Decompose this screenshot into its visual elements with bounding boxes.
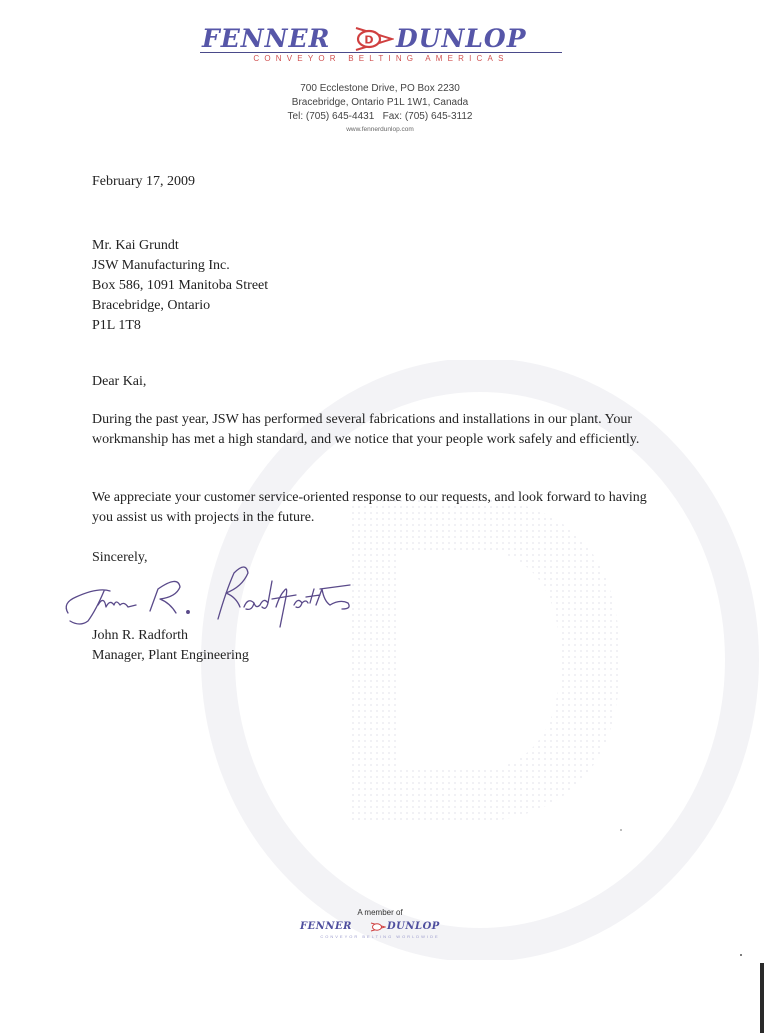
footer-dunlop-emblem-icon — [370, 922, 386, 932]
logo-word-fenner: FENNER — [202, 24, 330, 54]
recipient-city: Bracebridge, Ontario — [92, 296, 210, 316]
watermark-logo-icon — [200, 360, 760, 960]
salutation: Dear Kai, — [92, 372, 146, 392]
phone-fax-line: Tel: (705) 645-4431 Fax: (705) 645-3112 — [230, 110, 530, 124]
company-address-block: 700 Ecclestone Drive, PO Box 2230 Braceb… — [230, 82, 530, 136]
footer-word-dunlop: DUNLOP — [387, 920, 440, 934]
member-of-text: A member of — [290, 908, 470, 918]
recipient-company: JSW Manufacturing Inc. — [92, 256, 230, 276]
logo-underline — [200, 52, 562, 53]
body-paragraph-1: During the past year, JSW has performed … — [92, 410, 682, 450]
signer-name: John R. Radforth — [92, 626, 188, 646]
body-paragraph-2: We appreciate your customer service-orie… — [92, 488, 652, 528]
scan-speck — [620, 829, 622, 831]
logo-word-dunlop: DUNLOP — [396, 24, 527, 54]
recipient-postal-code: P1L 1T8 — [92, 316, 141, 336]
scan-speck — [740, 954, 742, 956]
handwritten-signature — [58, 555, 368, 630]
recipient-name: Mr. Kai Grundt — [92, 236, 179, 256]
signer-title: Manager, Plant Engineering — [92, 646, 249, 666]
letter-date: February 17, 2009 — [92, 172, 195, 192]
address-line-2: Bracebridge, Ontario P1L 1W1, Canada — [230, 96, 530, 110]
dunlop-d-emblem-icon: D — [352, 26, 394, 52]
footer-tagline: CONVEYOR BELTING WORLDWIDE — [290, 934, 470, 940]
website-link[interactable]: www.fennerdunlop.com — [230, 124, 530, 136]
logo-tagline: CONVEYOR BELTING AMERICAS — [200, 54, 562, 64]
footer-member-logo: A member of FENNER DUNLOP CONVEYOR BELTI… — [290, 908, 470, 940]
recipient-street: Box 586, 1091 Manitoba Street — [92, 276, 268, 296]
scan-edge-shadow — [760, 963, 764, 1033]
letterhead-logo: FENNER D DUNLOP CONVEYOR BELTING AMERICA… — [200, 24, 564, 64]
emblem-letter: D — [364, 34, 373, 47]
footer-word-fenner: FENNER — [300, 920, 352, 934]
address-line-1: 700 Ecclestone Drive, PO Box 2230 — [230, 82, 530, 96]
